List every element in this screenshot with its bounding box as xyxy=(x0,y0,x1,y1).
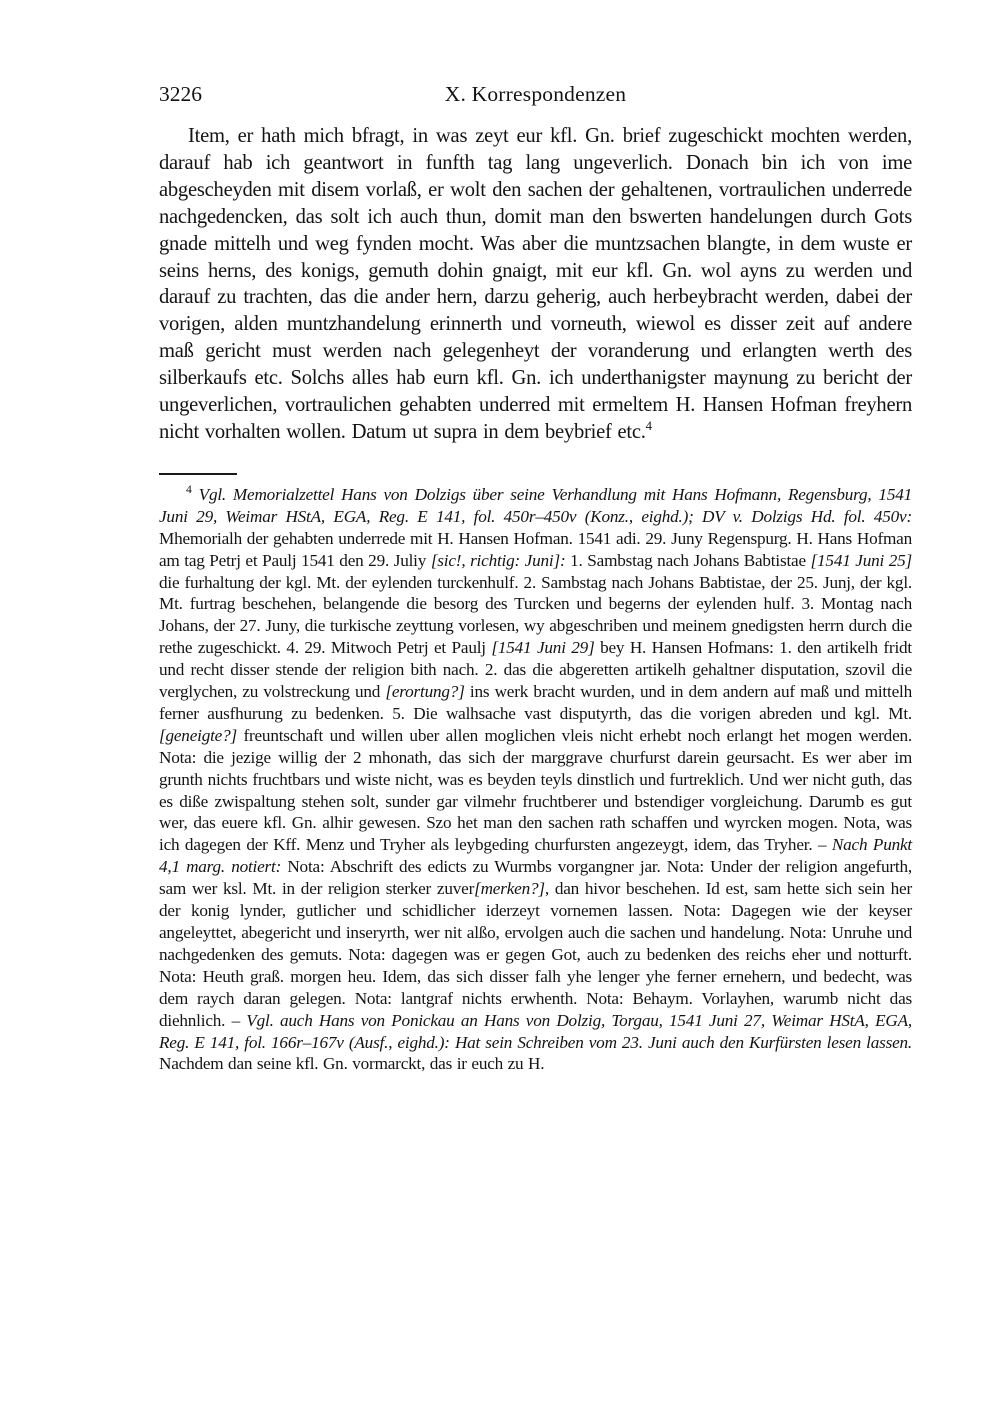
footnote-segment-italic: [1541 Juni 25] xyxy=(811,551,912,570)
footnote-segment-italic: [merken?] xyxy=(474,879,545,898)
footnote-separator-rule xyxy=(159,473,237,475)
footnote-segment-italic: [erortung?] xyxy=(385,682,464,701)
page-header: 3226 X. Korrespondenzen xyxy=(159,80,912,108)
footnote-reference: 4 xyxy=(646,419,652,433)
footnote-segment-roman: 1. Sambstag nach Johans Babtistae xyxy=(565,551,810,570)
body-text: Item, er hath mich bfragt, in was zeyt e… xyxy=(159,125,912,443)
footnote-segment-roman: , dan hivor beschehen. Id est, sam hette… xyxy=(159,879,912,1029)
footnote-segment-roman: freuntschaft und willen uber allen mogli… xyxy=(159,726,912,855)
footnote-segment-italic: [sic!, richtig: Juni]: xyxy=(431,551,566,570)
footnote-segment-italic: Vgl. auch Hans von Ponickau an Hans von … xyxy=(159,1011,912,1052)
page-number: 3226 xyxy=(159,80,202,108)
body-paragraph: Item, er hath mich bfragt, in was zeyt e… xyxy=(159,123,912,446)
footnote-paragraph: 4Vgl. Memorialzettel Hans von Dolzigs üb… xyxy=(159,484,912,1075)
text-block: 3226 X. Korrespondenzen Item, er hath mi… xyxy=(159,80,912,1075)
footnote-text: Vgl. Memorialzettel Hans von Dolzigs übe… xyxy=(159,485,912,1074)
footnote-segment-roman: Nachdem dan seine kfl. Gn. vormarckt, da… xyxy=(159,1054,544,1073)
book-page: 3226 X. Korrespondenzen Item, er hath mi… xyxy=(0,0,1004,1418)
footnote-segment-italic: Vgl. Memorialzettel Hans von Dolzigs übe… xyxy=(159,485,912,526)
footnote-segment-italic: [1541 Juni 29] xyxy=(491,638,594,657)
footnote-marker: 4 xyxy=(186,483,192,496)
running-title: X. Korrespondenzen xyxy=(159,80,912,108)
footnote-segment-italic: [geneigte?] xyxy=(159,726,237,745)
